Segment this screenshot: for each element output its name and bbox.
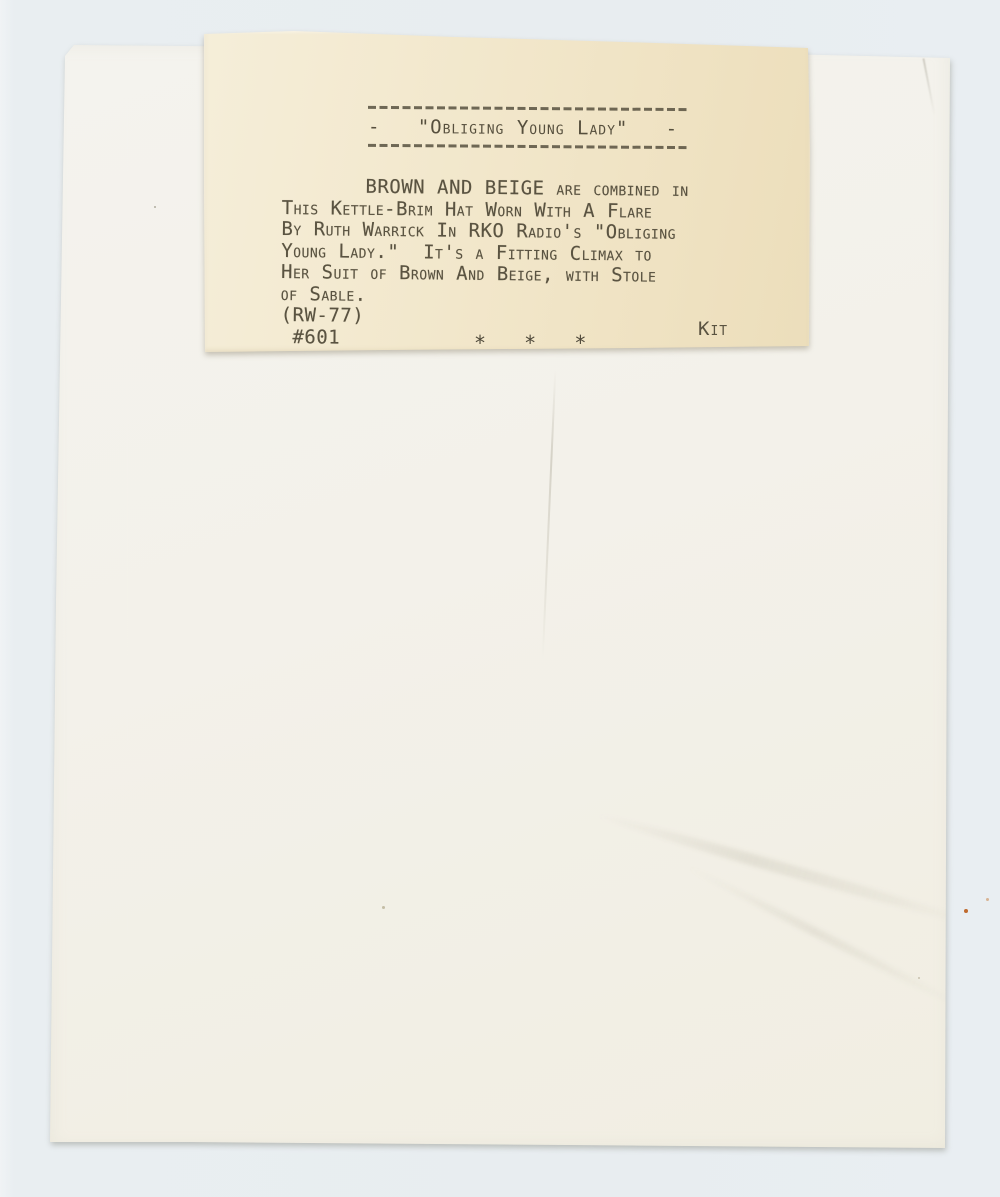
dashed-rule-top: [368, 106, 690, 111]
dashed-rule-bottom: [368, 144, 690, 149]
scanned-photo-back: - "Obliging Young Lady" - BROWN AND BEIG…: [0, 0, 1000, 1197]
background-speck-orange: [964, 909, 968, 913]
film-title: - "Obliging Young Lady" -: [368, 115, 708, 141]
caption-snipe-label: - "Obliging Young Lady" - BROWN AND BEIG…: [204, 30, 810, 352]
asterisk-separator: * * *: [474, 331, 587, 355]
caption-label-shadow: - "Obliging Young Lady" - BROWN AND BEIG…: [0, 0, 1000, 1197]
publicist-signature: Kit: [698, 318, 728, 340]
background-speck-faint: [986, 898, 989, 901]
